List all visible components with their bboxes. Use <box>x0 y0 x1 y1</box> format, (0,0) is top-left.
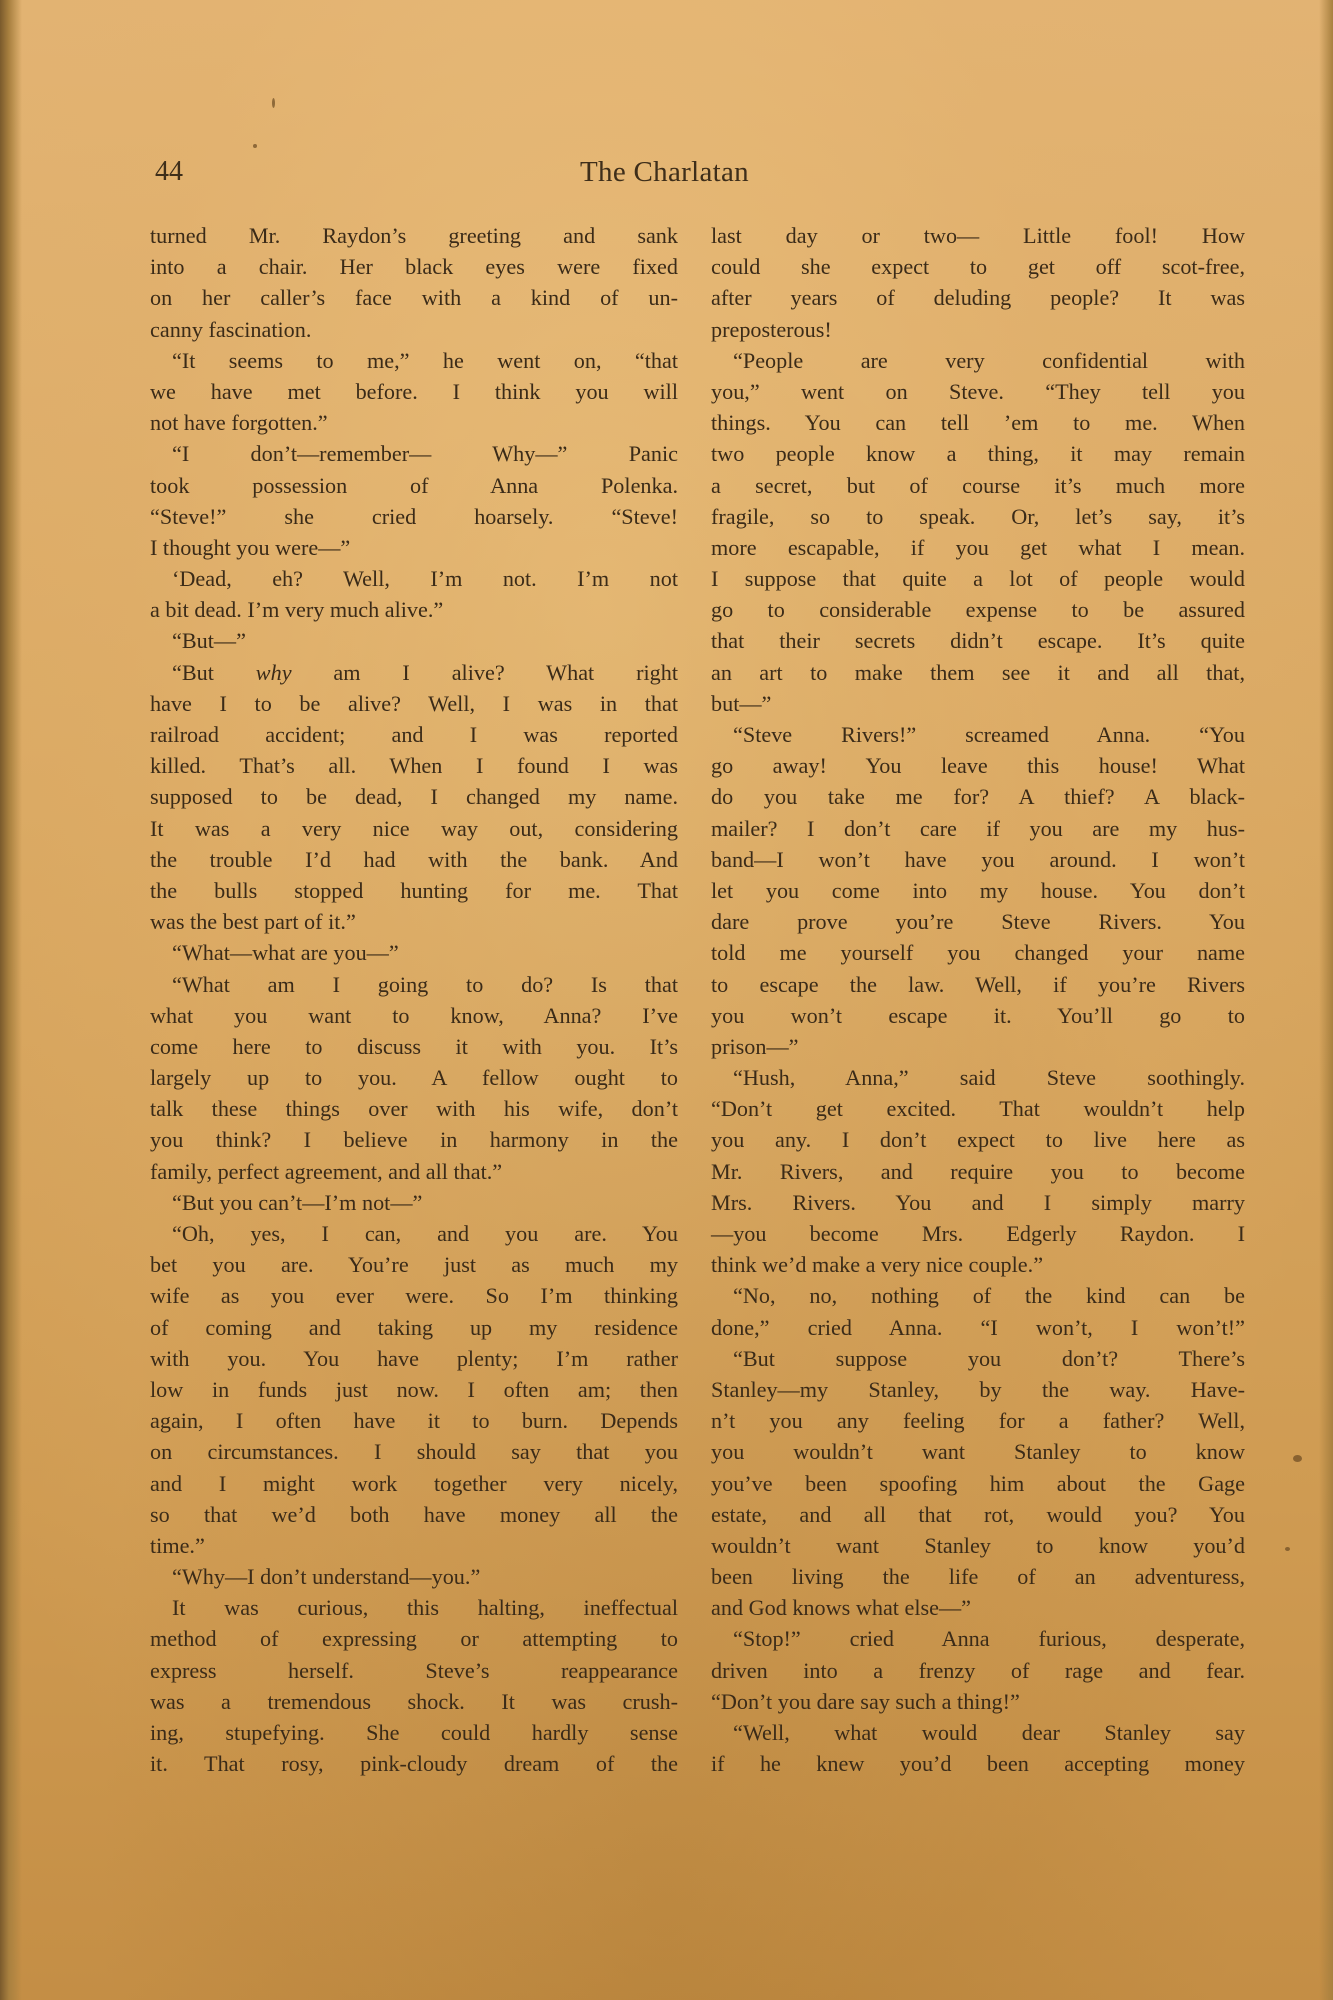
text-line: ing, stupefying. She could hardly sense <box>150 1717 678 1748</box>
text-line: last day or two— Little fool! How <box>711 220 1245 251</box>
text-line: family, perfect agreement, and all that.… <box>150 1156 678 1187</box>
text-line: I suppose that quite a lot of people wou… <box>711 563 1245 594</box>
text-line: told me yourself you changed your name <box>711 937 1245 968</box>
text-line: “Why—I don’t understand—you.” <box>150 1561 678 1592</box>
text-line: canny fascination. <box>150 314 678 345</box>
text-line: “Don’t get excited. That wouldn’t help <box>711 1093 1245 1124</box>
text-line: “Steve!” she cried hoarsely. “Steve! <box>150 501 678 532</box>
text-line: “No, no, nothing of the kind can be <box>711 1280 1245 1311</box>
text-line: was a tremendous shock. It was crush- <box>150 1686 678 1717</box>
text-line: It was a very nice way out, considering <box>150 813 678 844</box>
text-line: took possession of Anna Polenka. <box>150 470 678 501</box>
text-line: “Hush, Anna,” said Steve soothingly. <box>711 1062 1245 1093</box>
text-line: “But suppose you don’t? There’s <box>711 1343 1245 1374</box>
text-line: preposterous! <box>711 314 1245 345</box>
text-line: you think? I believe in harmony in the <box>150 1124 678 1155</box>
text-column-right: last day or two— Little fool! Howcould s… <box>711 220 1245 1779</box>
page-number: 44 <box>155 156 183 188</box>
text-line: ‘Dead, eh? Well, I’m not. I’m not <box>150 563 678 594</box>
text-line: on her caller’s face with a kind of un- <box>150 282 678 313</box>
text-line: —you become Mrs. Edgerly Raydon. I <box>711 1218 1245 1249</box>
text-line: you,” went on Steve. “They tell you <box>711 376 1245 407</box>
text-line: you won’t escape it. You’ll go to <box>711 1000 1245 1031</box>
text-line: killed. That’s all. When I found I was <box>150 750 678 781</box>
text-line: to escape the law. Well, if you’re River… <box>711 969 1245 1000</box>
text-line: “It seems to me,” he went on, “that <box>150 345 678 376</box>
text-line: time.” <box>150 1530 678 1561</box>
text-line: done,” cried Anna. “I won’t, I won’t!” <box>711 1312 1245 1343</box>
text-line: with you. You have plenty; I’m rather <box>150 1343 678 1374</box>
text-line: supposed to be dead, I changed my name. <box>150 781 678 812</box>
text-line: if he knew you’d been accepting money <box>711 1748 1245 1779</box>
text-line: go away! You leave this house! What <box>711 750 1245 781</box>
text-line: Stanley—my Stanley, by the way. Have- <box>711 1374 1245 1405</box>
text-column-left: turned Mr. Raydon’s greeting and sankint… <box>150 220 678 1779</box>
text-line: you any. I don’t expect to live here as <box>711 1124 1245 1155</box>
text-line: “What am I going to do? Is that <box>150 969 678 1000</box>
text-line: come here to discuss it with you. It’s <box>150 1031 678 1062</box>
text-line: go to considerable expense to be assured <box>711 594 1245 625</box>
text-line: and I might work together very nicely, <box>150 1468 678 1499</box>
text-line: but—” <box>711 688 1245 719</box>
text-line: Mrs. Rivers. You and I simply marry <box>711 1187 1245 1218</box>
text-line: do you take me for? A thief? A black- <box>711 781 1245 812</box>
text-line: the trouble I’d had with the bank. And <box>150 844 678 875</box>
text-line: and God knows what else—” <box>711 1592 1245 1623</box>
text-line: so that we’d both have money all the <box>150 1499 678 1530</box>
running-title: The Charlatan <box>580 156 749 189</box>
text-line: into a chair. Her black eyes were fixed <box>150 251 678 282</box>
text-line: we have met before. I think you will <box>150 376 678 407</box>
text-line: think we’d make a very nice couple.” <box>711 1249 1245 1280</box>
text-line: on circumstances. I should say that you <box>150 1436 678 1467</box>
text-line: Mr. Rivers, and require you to become <box>711 1156 1245 1187</box>
text-line: largely up to you. A fellow ought to <box>150 1062 678 1093</box>
text-line: turned Mr. Raydon’s greeting and sank <box>150 220 678 251</box>
text-line: “But—” <box>150 625 678 656</box>
text-line: a secret, but of course it’s much more <box>711 470 1245 501</box>
text-line: “Stop!” cried Anna furious, desperate, <box>711 1623 1245 1654</box>
text-line: after years of deluding people? It was <box>711 282 1245 313</box>
text-line: “Well, what would dear Stanley say <box>711 1717 1245 1748</box>
text-line: “But why am I alive? What right <box>150 657 678 688</box>
text-line: method of expressing or attempting to <box>150 1623 678 1654</box>
page-right-edge-shadow <box>1319 0 1333 2000</box>
paper-speck <box>1293 1455 1302 1462</box>
text-line: wife as you ever were. So I’m thinking <box>150 1280 678 1311</box>
text-line: “Steve Rivers!” screamed Anna. “You <box>711 719 1245 750</box>
book-page: 44 The Charlatan turned Mr. Raydon’s gre… <box>0 0 1333 2000</box>
text-line: wouldn’t want Stanley to know you’d <box>711 1530 1245 1561</box>
text-line: band—I won’t have you around. I won’t <box>711 844 1245 875</box>
text-line: you’ve been spoofing him about the Gage <box>711 1468 1245 1499</box>
text-line: was the best part of it.” <box>150 906 678 937</box>
text-line: the bulls stopped hunting for me. That <box>150 875 678 906</box>
text-line: have I to be alive? Well, I was in that <box>150 688 678 719</box>
text-line: bet you are. You’re just as much my <box>150 1249 678 1280</box>
text-line: express herself. Steve’s reappearance <box>150 1655 678 1686</box>
text-line: driven into a frenzy of rage and fear. <box>711 1655 1245 1686</box>
text-line: been living the life of an adventuress, <box>711 1561 1245 1592</box>
text-line: that their secrets didn’t escape. It’s q… <box>711 625 1245 656</box>
text-line: “Oh, yes, I can, and you are. You <box>150 1218 678 1249</box>
emphasis: why <box>256 660 292 685</box>
text-line: “Don’t you dare say such a thing!” <box>711 1686 1245 1717</box>
text-line: again, I often have it to burn. Depends <box>150 1405 678 1436</box>
text-line: “People are very confidential with <box>711 345 1245 376</box>
text-line: it. That rosy, pink-cloudy dream of the <box>150 1748 678 1779</box>
paper-speck <box>272 98 275 108</box>
text-line: fragile, so to speak. Or, let’s say, it’… <box>711 501 1245 532</box>
text-line: talk these things over with his wife, do… <box>150 1093 678 1124</box>
text-line: “What—what are you—” <box>150 937 678 968</box>
text-line: an art to make them see it and all that, <box>711 657 1245 688</box>
text-line: things. You can tell ’em to me. When <box>711 407 1245 438</box>
paper-speck <box>253 144 257 148</box>
text-line: of coming and taking up my residence <box>150 1312 678 1343</box>
text-line: “But you can’t—I’m not—” <box>150 1187 678 1218</box>
text-line: estate, and all that rot, would you? You <box>711 1499 1245 1530</box>
text-line: two people know a thing, it may remain <box>711 438 1245 469</box>
running-header: 44 The Charlatan <box>0 152 1333 192</box>
paper-speck <box>1285 1547 1290 1551</box>
text-line: prison—” <box>711 1031 1245 1062</box>
page-left-edge-shadow <box>0 0 22 2000</box>
text-line: could she expect to get off scot-free, <box>711 251 1245 282</box>
text-line: n’t you any feeling for a father? Well, <box>711 1405 1245 1436</box>
text-line: let you come into my house. You don’t <box>711 875 1245 906</box>
text-line: railroad accident; and I was reported <box>150 719 678 750</box>
text-line: what you want to know, Anna? I’ve <box>150 1000 678 1031</box>
text-line: I thought you were—” <box>150 532 678 563</box>
text-line: “I don’t—remember— Why—” Panic <box>150 438 678 469</box>
text-line: a bit dead. I’m very much alive.” <box>150 594 678 625</box>
text-line: you wouldn’t want Stanley to know <box>711 1436 1245 1467</box>
text-line: more escapable, if you get what I mean. <box>711 532 1245 563</box>
text-line: not have forgotten.” <box>150 407 678 438</box>
text-line: dare prove you’re Steve Rivers. You <box>711 906 1245 937</box>
text-line: mailer? I don’t care if you are my hus- <box>711 813 1245 844</box>
text-line: low in funds just now. I often am; then <box>150 1374 678 1405</box>
text-line: It was curious, this halting, ineffectua… <box>150 1592 678 1623</box>
